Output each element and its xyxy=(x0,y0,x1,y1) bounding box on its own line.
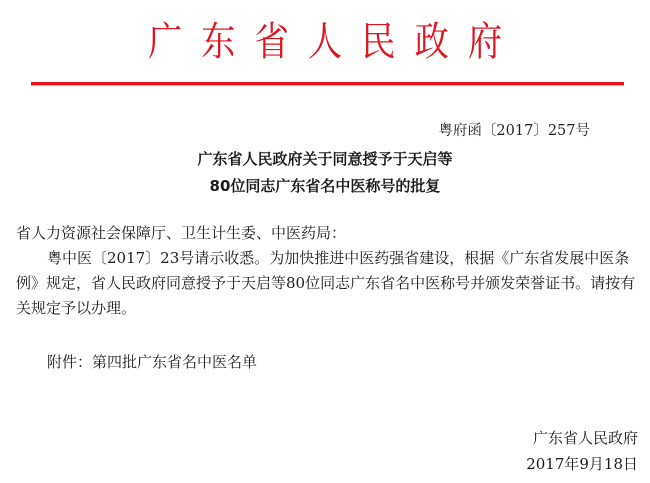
salutation: 省人力资源社会保障厅、卫生计生委、中医药局： xyxy=(16,221,636,246)
document-number: 粤府函〔2017〕257号 xyxy=(438,119,590,140)
attachment-note: 附件：第四批广东省名中医名单 xyxy=(47,351,257,372)
masthead-title: 广东省人民政府 xyxy=(46,14,605,70)
document-title-line2: 80位同志广东省名中医称号的批复 xyxy=(0,175,650,196)
issue-date: 2017年9月18日 xyxy=(526,453,638,474)
signer: 广东省人民政府 xyxy=(533,427,638,448)
body-paragraph: 粤中医〔2017〕23号请示收悉。为加快推进中医药强省建设，根据《广东省发展中医… xyxy=(16,246,636,321)
masthead-divider xyxy=(31,82,624,86)
document-title-line1: 广东省人民政府关于同意授予于天启等 xyxy=(0,148,650,169)
